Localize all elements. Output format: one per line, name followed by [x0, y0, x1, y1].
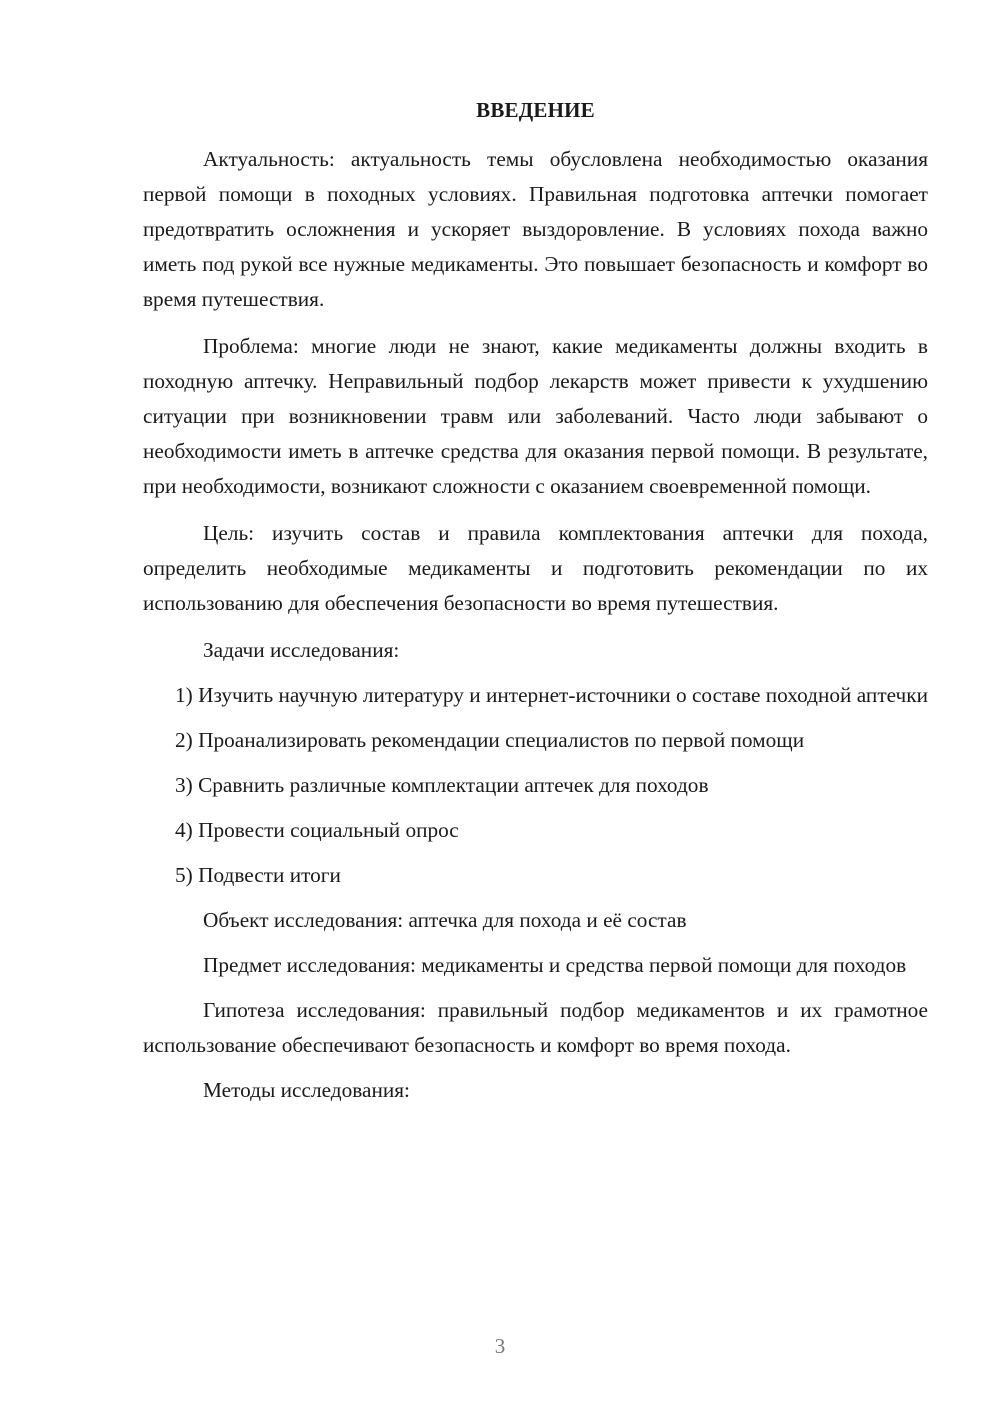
paragraph-problem: Проблема: многие люди не знают, какие ме… — [143, 329, 928, 504]
paragraph-object: Объект исследования: аптечка для похода … — [143, 903, 928, 938]
paragraph-goal: Цель: изучить состав и правила комплекто… — [143, 516, 928, 621]
task-item: 5) Подвести итоги — [143, 858, 928, 893]
methods-heading: Методы исследования: — [143, 1073, 928, 1108]
task-item: 4) Провести социальный опрос — [143, 813, 928, 848]
task-item: 3) Сравнить различные комплектации аптеч… — [143, 768, 928, 803]
paragraph-relevance: Актуальность: актуальность темы обусловл… — [143, 142, 928, 317]
task-item: 2) Проанализировать рекомендации специал… — [143, 723, 928, 758]
paragraph-subject: Предмет исследования: медикаменты и сред… — [143, 948, 928, 983]
tasks-list: 1) Изучить научную литературу и интернет… — [143, 678, 928, 893]
paragraph-hypothesis: Гипотеза исследования: правильный подбор… — [143, 993, 928, 1063]
tasks-heading: Задачи исследования: — [143, 633, 928, 668]
page-number: 3 — [0, 1334, 1000, 1359]
section-title: ВВЕДЕНИЕ — [143, 96, 928, 124]
task-item: 1) Изучить научную литературу и интернет… — [143, 678, 928, 713]
document-body: Актуальность: актуальность темы обусловл… — [143, 142, 928, 1108]
